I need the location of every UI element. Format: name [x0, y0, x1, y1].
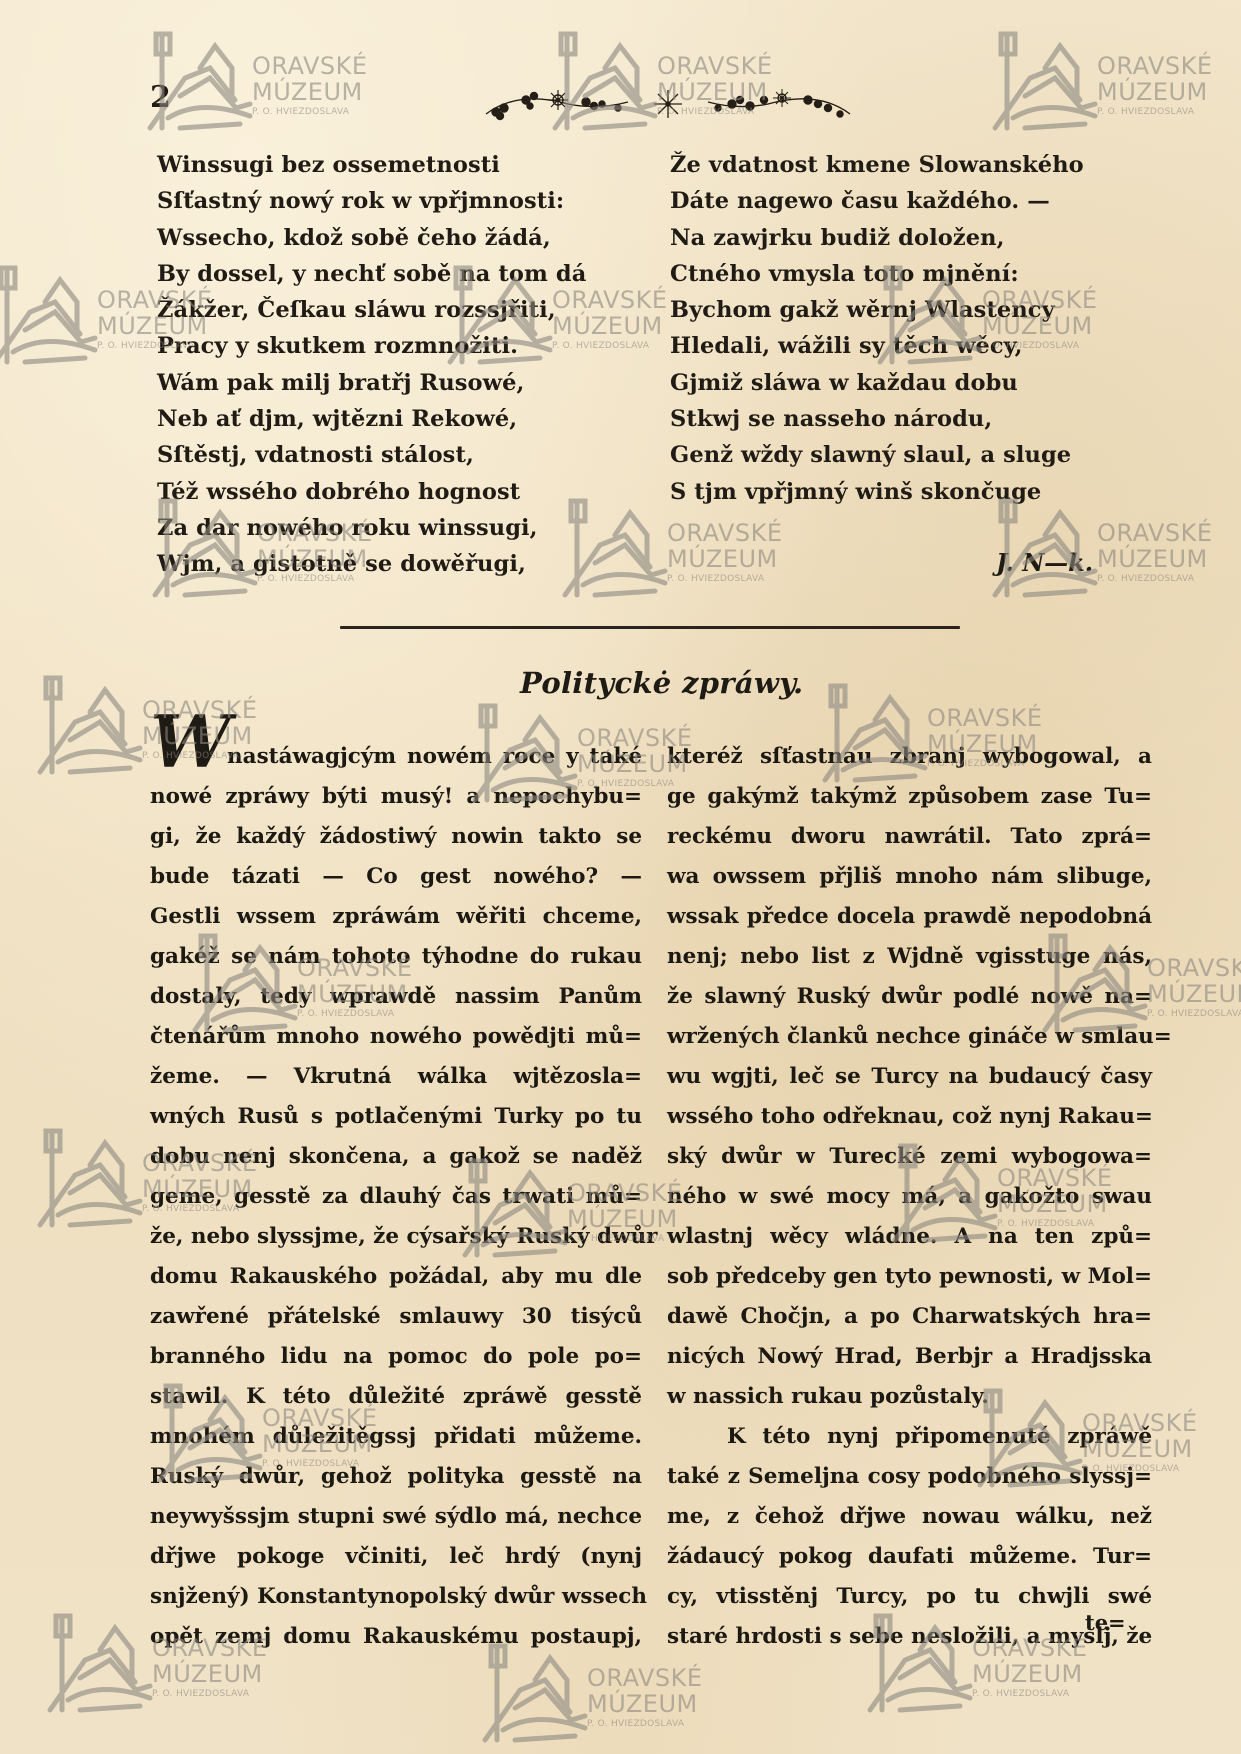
text-line: wržených članků nechce gináče w smlau= [667, 1017, 1152, 1057]
poem-line: Sſtěstj, vdatnosti stálost, [157, 437, 567, 473]
poem-line: Dáte nagewo času každého. — [670, 183, 1110, 219]
text-line: wlastnj wěcy wládne. A na ten způ= [667, 1217, 1152, 1257]
text-line: staré hrdosti s sebe nesložili, a myslj,… [667, 1617, 1152, 1657]
poem-line: Hledali, wážili sy těch wěcy, [670, 328, 1110, 364]
floral-ornament-icon [478, 80, 858, 126]
section-divider [340, 626, 960, 629]
newspaper-page: ORAVSKÉMÚZEUMP. O. HVIEZDOSLAVA ORAVSKÉM… [0, 0, 1241, 1754]
poem-line: Též wssého dobrého hognost [157, 474, 567, 510]
poem-line: Gjmiž sláwa w každau dobu [670, 365, 1110, 401]
poem-line: Stkwj se nasseho národu, [670, 401, 1110, 437]
castle-logo-icon [30, 672, 150, 782]
text-line: Gestli wssem zpráwám wěřiti chceme, [150, 897, 642, 937]
text-line: branného lidu na pomoc do pole po= [150, 1337, 642, 1377]
poem-line: Žákžer, Čeſkau sláwu rozssjřiti, [157, 292, 567, 328]
text-line: nenj; nebo list z Wjdně vgisstuge nás, [667, 937, 1152, 977]
text-line: bude tázati — Co gest nowého? — [150, 857, 642, 897]
text-line: žeme. — Vkrutná wálka wjtězosla= [150, 1057, 642, 1097]
poem-line: Bychom gakž wěrnj Wlastency [670, 292, 1110, 328]
text-line: cy, vtisstěnj Turcy, po tu chwjli swé [667, 1577, 1152, 1617]
text-line: nowé zpráwy býti musý! a nepochybu= [150, 777, 642, 817]
text-line: neywyšssjm stupni swé sýdlo má, nechce [150, 1497, 642, 1537]
text-line: gakéž se nám tohoto týhodne do rukau [150, 937, 642, 977]
poem-line: Genž wždy slawný slaul, a sluge [670, 437, 1110, 473]
text-line: wných Rusů s potlačenými Turky po tu [150, 1097, 642, 1137]
text-line: ský dwůr w Turecké zemi wybogowa= [667, 1137, 1152, 1177]
page-number: 2 [150, 80, 171, 115]
text-line: sob předceby gen tyto pewnosti, w Mol= [667, 1257, 1152, 1297]
poem-line: S tjm vpřjmný winš skončuge [670, 474, 1110, 510]
text-line: me, z čehož dřjwe nowau wálku, než [667, 1497, 1152, 1537]
text-line: nastáwagjcým nowém roce y také [150, 737, 642, 777]
poem-line: Wám pak milj bratřj Rusowé, [157, 365, 567, 401]
poem-line: Pracy y skutkem rozmnožiti. [157, 328, 567, 364]
poem-line: Že vdatnost kmene Slowanského [670, 147, 1110, 183]
text-line: w nassich rukau pozůstaly. [667, 1377, 1152, 1417]
poem-line: Ctného vmysla toto mjnění: [670, 256, 1110, 292]
castle-logo-icon [40, 1610, 160, 1720]
text-line: stawil. K této důležité zpráwě gesstě [150, 1377, 642, 1417]
text-line: wu wgjti, leč se Turcy na budaucý časy [667, 1057, 1152, 1097]
poem-line: Sſťastný nowý rok w vpřjmnosti: [157, 183, 567, 219]
poem-line: Na zawjrku budiž doložen, [670, 220, 1110, 256]
poem-right-column: Že vdatnost kmene Slowanského Dáte nagew… [670, 147, 1110, 510]
text-line: geme, gesstě za dlauhý čas trwati mů= [150, 1177, 642, 1217]
text-line: gi, že každý žádostiwý nowin takto se [150, 817, 642, 857]
text-line: dobu nenj skončena, a gakož se naděž [150, 1137, 642, 1177]
section-title: Polityckė zpráwy. [520, 666, 803, 700]
castle-logo-icon [30, 1125, 150, 1235]
castle-logo-icon [555, 495, 675, 605]
catchword: te= [1085, 1610, 1126, 1635]
poem-line: By dossel, y nechť sobě na tom dá [157, 256, 567, 292]
text-line: čtenářům mnoho nowého powědjti mů= [150, 1017, 642, 1057]
text-line: domu Rakauského požádal, aby mu dle [150, 1257, 642, 1297]
text-line: zawřené přátelské smlauwy 30 tisýců [150, 1297, 642, 1337]
article-right-column: kteréž sſťastnau zbranj wybogowal, a ge … [667, 737, 1152, 1657]
text-line: wssého toho odřeknau, což nynj Rakau= [667, 1097, 1152, 1137]
text-line: K této nynj připomenuté zpráwě [667, 1417, 1152, 1457]
text-line: že, nebo slyssjme, že cýsařský Ruský dwů… [150, 1217, 642, 1257]
text-line: Ruský dwůr, gehož polityka gesstě na [150, 1457, 642, 1497]
watermark: ORAVSKÉMÚZEUMP. O. HVIEZDOSLAVA [555, 495, 795, 605]
text-line: snjžený) Konstantynopolský dwůr wssech [150, 1577, 642, 1617]
text-line: žádaucý pokog daufati můžeme. Tur= [667, 1537, 1152, 1577]
text-line: nicých Nowý Hrad, Berbjr a Hradjsska [667, 1337, 1152, 1377]
poem-line: Wssecho, kdož sobě čeho žádá, [157, 220, 567, 256]
text-line: také z Semeljna cosy podobného slyssj= [667, 1457, 1152, 1497]
text-line: opět zemj domu Rakauskému postaupj, [150, 1617, 642, 1657]
text-line: reckému dworu nawrátil. Tato zprá= [667, 817, 1152, 857]
castle-logo-icon [985, 28, 1105, 138]
castle-logo-icon [0, 262, 105, 372]
text-line: ného w swé mocy má, a gakožto swau [667, 1177, 1152, 1217]
text-line: dostaly, tedy wprawdě nassim Panům [150, 977, 642, 1017]
watermark: ORAVSKÉMÚZEUMP. O. HVIEZDOSLAVA [140, 28, 380, 138]
watermark: ORAVSKÉMÚZEUMP. O. HVIEZDOSLAVA [985, 28, 1225, 138]
poem-line: Winssugi bez ossemetnosti [157, 147, 567, 183]
text-line: mnohém důležitěgssj přidati můžeme. [150, 1417, 642, 1457]
text-line: kteréž sſťastnau zbranj wybogowal, a [667, 737, 1152, 777]
poem-line: Neb ať djm, wjtězni Rekowé, [157, 401, 567, 437]
poem-line: Za dar nowého roku winssugi, [157, 510, 567, 546]
poem-left-column: Winssugi bez ossemetnosti Sſťastný nowý … [157, 147, 567, 583]
text-line: že slawný Ruský dwůr podlé nowě na= [667, 977, 1152, 1017]
text-line: wssak předce docela prawdě nepodobná [667, 897, 1152, 937]
text-line: dawě Chočjn, a po Charwatských hra= [667, 1297, 1152, 1337]
poem-line: Wjm, a gistotně se dowěřugi, [157, 546, 567, 582]
text-line: wa owssem přjliš mnoho nám slibuge, [667, 857, 1152, 897]
text-line: ge gakýmž takýmž způsobem zase Tu= [667, 777, 1152, 817]
poem-signature: J. N—k. [996, 548, 1093, 577]
text-line: dřjwe pokoge včiniti, leč hrdý (nynj [150, 1537, 642, 1577]
article-left-column: nastáwagjcým nowém roce y také nowé zprá… [150, 737, 642, 1657]
